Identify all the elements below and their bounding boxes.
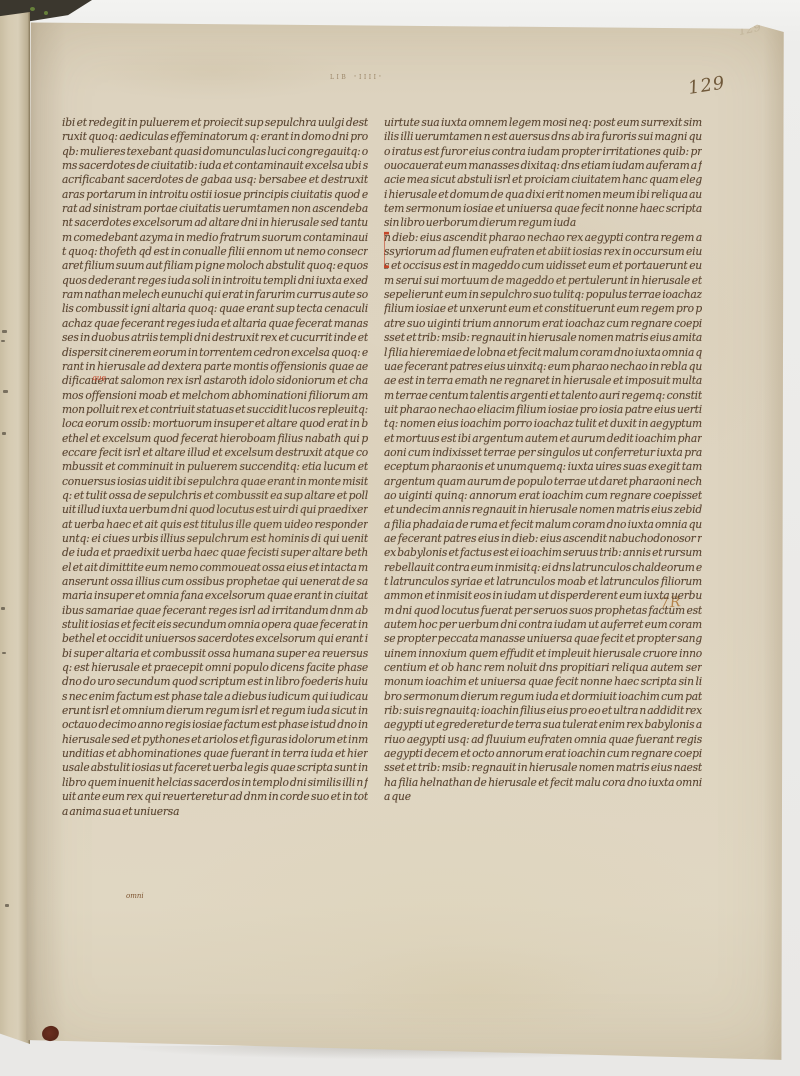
folio-number-offset-ghost: 129 (737, 16, 779, 38)
interlinear-gloss-brown: omni (126, 892, 144, 900)
text-column-left: ibi et redegit in puluerem et proiecit s… (62, 116, 368, 922)
manuscript-page: lib ·iiii· 129 129 7R ibi et redegit in … (24, 12, 786, 1062)
running-header: lib ·iiii· (330, 72, 450, 82)
endband-green-fleck (30, 7, 35, 11)
endband-green-fleck (44, 11, 48, 15)
edge-ink-mark (2, 330, 7, 333)
edge-ink-mark (3, 390, 8, 393)
left-column-text: ibi et redegit in puluerem et proiecit s… (62, 116, 368, 819)
right-column-paragraph-2: xvi I n dieb: eius ascendit pharao necha… (384, 231, 702, 805)
drop-initial-I: I (384, 226, 392, 276)
interlinear-gloss-red: quę (92, 374, 106, 382)
previous-folio-edge (0, 12, 30, 1044)
edge-ink-mark (2, 652, 6, 654)
edge-ink-mark (1, 607, 5, 610)
parchment-stain (324, 942, 624, 1042)
edge-ink-mark (2, 432, 6, 435)
text-column-right: uirtute sua iuxta omnem legem mosi neq: … (384, 116, 702, 922)
right-column-paragraph-2-text: n dieb: eius ascendit pharao nechao rex … (384, 231, 702, 803)
parchment-stain (84, 42, 344, 102)
right-column-paragraph-1: uirtute sua iuxta omnem legem mosi neq: … (384, 116, 702, 231)
edge-ink-mark (1, 340, 5, 342)
edge-ink-mark (5, 904, 9, 907)
folio-number: 129 (687, 70, 742, 99)
